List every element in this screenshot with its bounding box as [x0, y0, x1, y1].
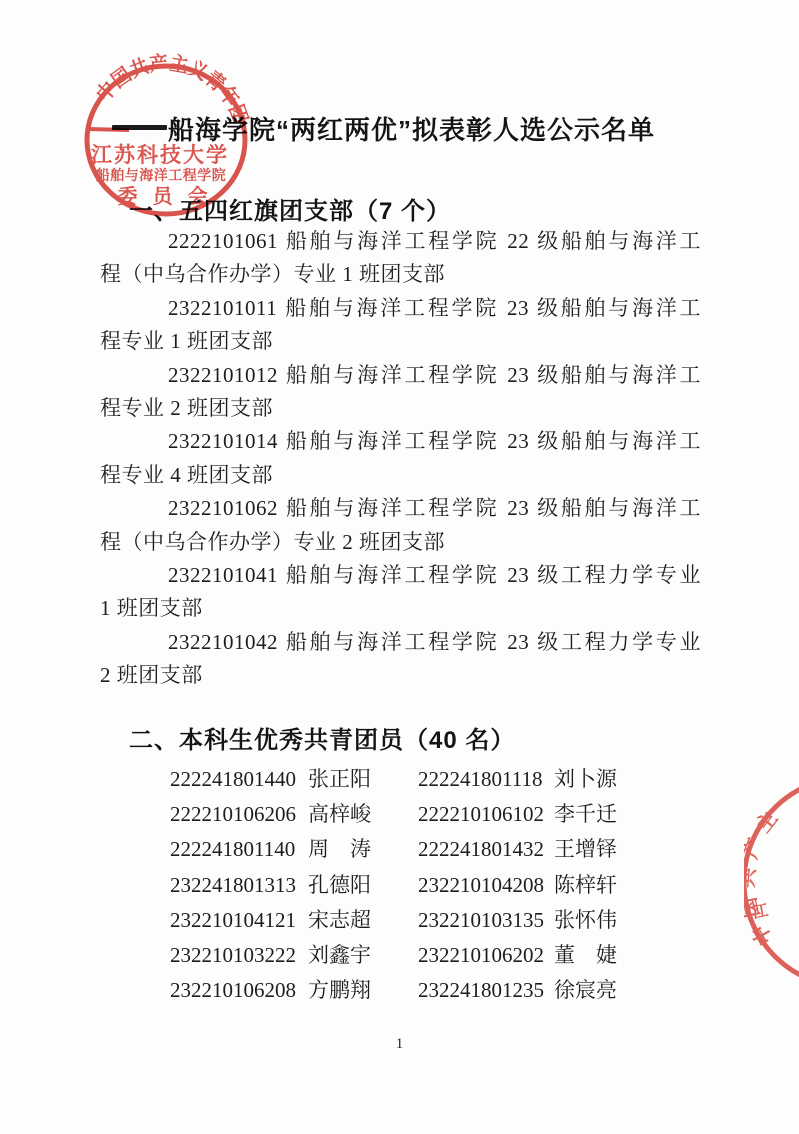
branch-entry-line2: 2 班团支部	[100, 659, 701, 692]
stamp-org-line3: 委员会	[118, 184, 223, 208]
student-name: 方鹏翔	[308, 973, 418, 1008]
branch-entry-line1: 2322101042 船舶与海洋工程学院 23 级工程力学专业	[100, 626, 701, 659]
scanned-document-page: 船海学院“两红两优”拟表彰人选公示名单 一、五四红旗团支部（7 个） 22221…	[0, 0, 799, 1134]
student-name: 张正阳	[308, 762, 418, 797]
student-row: 222241801140周 涛222241801432王增铎	[170, 832, 701, 867]
student-table: 222241801440张正阳222241801118刘卜源2222101062…	[170, 762, 701, 1008]
student-id: 232210104208	[418, 868, 554, 903]
page-number: 1	[0, 1036, 799, 1053]
student-name: 张怀伟	[554, 903, 701, 938]
student-name: 董 婕	[554, 938, 701, 973]
student-name: 李千迁	[554, 797, 701, 832]
student-id: 232210106202	[418, 938, 554, 973]
partial-stamp-inner-text: 江	[750, 901, 771, 922]
student-id: 222241801432	[418, 832, 554, 867]
student-name: 王增铎	[554, 832, 701, 867]
branch-entry-line1: 2322101011 船舶与海洋工程学院 23 级船舶与海洋工	[100, 292, 701, 325]
student-name: 周 涛	[308, 832, 418, 867]
branch-entry-line1: 2322101012 船舶与海洋工程学院 23 级船舶与海洋工	[100, 359, 701, 392]
branch-entry-line2: 1 班团支部	[100, 592, 701, 625]
student-row: 232210106208方鹏翔232241801235徐宸亮	[170, 973, 701, 1008]
student-id: 232210103135	[418, 903, 554, 938]
student-name: 刘鑫宇	[308, 938, 418, 973]
svg-text:中国共产主义青年团: 中国共产主义青年团	[91, 52, 250, 127]
stamp-inner-line	[87, 129, 129, 130]
branch-entry-line1: 2322101041 船舶与海洋工程学院 23 级工程力学专业	[100, 559, 701, 592]
student-name: 陈梓轩	[554, 868, 701, 903]
branch-entry-line1: 2322101062 船舶与海洋工程学院 23 级船舶与海洋工	[100, 492, 701, 525]
branch-entry-line2: 程专业 2 班团支部	[100, 392, 701, 425]
section2-heading: 二、本科生优秀共青团员（40 名）	[129, 720, 515, 755]
student-id: 232210106208	[170, 973, 308, 1008]
official-stamp: 中国共产主义青年团 江苏科技大学 船舶与海洋工程学院 委员会	[78, 52, 250, 222]
student-row: 222241801440张正阳222241801118刘卜源	[170, 762, 701, 797]
branch-entry-line2: 程（中乌合作办学）专业 1 班团支部	[100, 258, 701, 291]
student-name: 孔德阳	[308, 868, 418, 903]
stamp-org-line1: 江苏科技大学	[91, 143, 229, 167]
partial-stamp: 中国共产主义青年团 江	[744, 775, 799, 995]
student-id: 222210106206	[170, 797, 308, 832]
student-name: 刘卜源	[554, 762, 701, 797]
student-id: 222241801440	[170, 762, 308, 797]
student-id: 232210103222	[170, 938, 308, 973]
student-row: 232241801313孔德阳232210104208陈梓轩	[170, 868, 701, 903]
branch-list: 2222101061 船舶与海洋工程学院 22 级船舶与海洋工程（中乌合作办学）…	[100, 225, 701, 692]
student-id: 222241801140	[170, 832, 308, 867]
branch-entry-line2: 程（中乌合作办学）专业 2 班团支部	[100, 526, 701, 559]
student-id: 222241801118	[418, 762, 554, 797]
branch-entry-line1: 2222101061 船舶与海洋工程学院 22 级船舶与海洋工	[100, 225, 701, 258]
student-row: 232210104121宋志超232210103135张怀伟	[170, 903, 701, 938]
student-name: 徐宸亮	[554, 973, 701, 1008]
student-id: 232210104121	[170, 903, 308, 938]
stamp-org-line2: 船舶与海洋工程学院	[95, 167, 227, 184]
student-id: 232241801235	[418, 973, 554, 1008]
stamp-arc-text: 中国共产主义青年团	[91, 52, 250, 127]
student-row: 232210103222刘鑫宇232210106202董 婕	[170, 938, 701, 973]
branch-entry-line2: 程专业 4 班团支部	[100, 459, 701, 492]
branch-entry-line2: 程专业 1 班团支部	[100, 325, 701, 358]
student-id: 222210106102	[418, 797, 554, 832]
student-id: 232241801313	[170, 868, 308, 903]
student-name: 宋志超	[308, 903, 418, 938]
branch-entry-line1: 2322101014 船舶与海洋工程学院 23 级船舶与海洋工	[100, 425, 701, 458]
student-row: 222210106206高梓峻222210106102李千迁	[170, 797, 701, 832]
student-name: 高梓峻	[308, 797, 418, 832]
